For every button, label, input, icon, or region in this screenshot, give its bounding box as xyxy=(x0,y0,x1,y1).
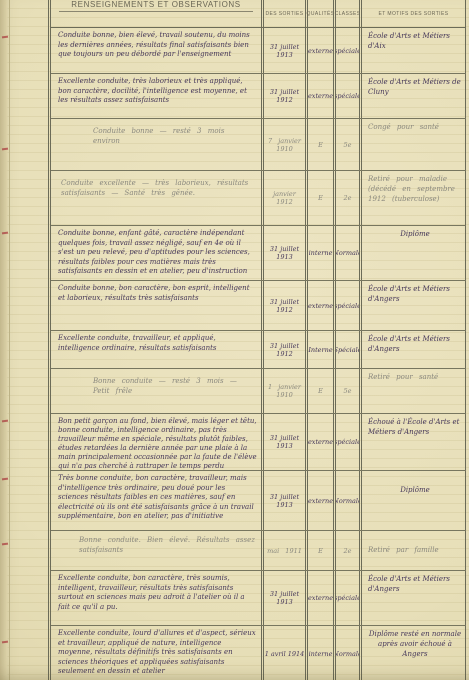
classe-cell: 5e xyxy=(333,119,359,170)
date-sortie-cell: 31 juillet 1913 xyxy=(261,226,305,280)
date-sortie-cell: 31 juillet 1913 xyxy=(261,414,305,470)
header-dates-sorties: DES SORTIES xyxy=(261,0,305,27)
table-row: Conduite excellente — très laborieux, ré… xyxy=(51,171,466,226)
qualite-cell: externe xyxy=(305,281,333,330)
classe-cell: Spéciale xyxy=(333,331,359,368)
observations-cell: Excellente conduite, travailleur, et app… xyxy=(51,331,261,368)
observations-cell: Conduite bonne, enfant gâté, caractère i… xyxy=(51,226,261,280)
date-sortie-cell: 31 juillet 1913 xyxy=(261,571,305,625)
qualite-cell: interne xyxy=(305,626,333,680)
table-row: Conduite bonne, enfant gâté, caractère i… xyxy=(51,226,466,281)
motif-sortie-cell: Congé pour santé xyxy=(359,119,466,170)
date-sortie-cell: 31 juillet 1912 xyxy=(261,281,305,330)
motif-sortie-cell: Diplôme xyxy=(359,226,466,280)
observations-cell: Conduite excellente — très laborieux, ré… xyxy=(51,171,261,225)
qualite-cell: externe xyxy=(305,74,333,118)
date-sortie-cell: janvier 1912 xyxy=(261,171,305,225)
observations-cell: Bonne conduite. Bien élevé. Résultats as… xyxy=(51,531,261,570)
table-row: Bon petit garçon au fond, bien élevé, ma… xyxy=(51,414,466,471)
header-observations: RENSEIGNEMENTS ET OBSERVATIONS xyxy=(51,0,261,27)
table-row: Conduite bonne, bon caractère, bon espri… xyxy=(51,281,466,331)
classe-cell: Normale xyxy=(333,626,359,680)
qualite-cell: E xyxy=(305,119,333,170)
classe-cell: 5e xyxy=(333,369,359,413)
observations-cell: Conduite bonne — resté 3 mois environ xyxy=(51,119,261,170)
qualite-cell: externe xyxy=(305,571,333,625)
qualite-cell: externe xyxy=(305,471,333,530)
table-header-row: RENSEIGNEMENTS ET OBSERVATIONS DES SORTI… xyxy=(51,0,466,28)
date-sortie-cell: 1 janvier 1910 xyxy=(261,369,305,413)
date-sortie-cell: 31 juillet 1913 xyxy=(261,471,305,530)
header-classes: CLASSES xyxy=(333,0,359,27)
table-row: Bonne conduite. Bien élevé. Résultats as… xyxy=(51,531,466,571)
date-sortie-cell: 7 janvier 1910 xyxy=(261,119,305,170)
motif-sortie-cell: École d'Arts et Métiers de Cluny xyxy=(359,74,466,118)
motif-sortie-cell: Retiré par famille xyxy=(359,531,466,570)
classe-cell: spéciale xyxy=(333,74,359,118)
table-row: Conduite bonne — resté 3 mois environ 7 … xyxy=(51,119,466,171)
table-row: Conduite bonne, bien élevé, travail sout… xyxy=(51,28,466,74)
classe-cell: spéciale xyxy=(333,281,359,330)
date-sortie-cell: 31 juillet 1912 xyxy=(261,331,305,368)
classe-cell: spéciale xyxy=(333,414,359,470)
classe-cell: 2e xyxy=(333,171,359,225)
motif-sortie-cell: École d'Arts et Métiers d'Angers xyxy=(359,331,466,368)
motif-sortie-cell: Diplôme xyxy=(359,471,466,530)
table-row: Excellente conduite, très laborieux et t… xyxy=(51,74,466,119)
motif-sortie-cell: École d'Arts et Métiers d'Angers xyxy=(359,281,466,330)
table-row: Excellente conduite, lourd d'allures et … xyxy=(51,626,466,680)
observations-cell: Conduite bonne, bien élevé, travail sout… xyxy=(51,28,261,73)
qualite-cell: E xyxy=(305,531,333,570)
observations-cell: Excellente conduite, très laborieux et t… xyxy=(51,74,261,118)
observations-cell: Excellente conduite, bon caractère, très… xyxy=(51,571,261,625)
qualite-cell: externe xyxy=(305,414,333,470)
observations-cell: Conduite bonne, bon caractère, bon espri… xyxy=(51,281,261,330)
motif-sortie-cell: Retiré pour santé xyxy=(359,369,466,413)
motif-sortie-cell: École d'Arts et Métiers d'Aix xyxy=(359,28,466,73)
observations-cell: Très bonne conduite, bon caractère, trav… xyxy=(51,471,261,530)
table-row: Excellente conduite, bon caractère, très… xyxy=(51,571,466,626)
header-qualites: QUALITÉS xyxy=(305,0,333,27)
date-sortie-cell: mai 1911 xyxy=(261,531,305,570)
binding-edge xyxy=(0,0,10,680)
classe-cell: 2e xyxy=(333,531,359,570)
table-row: Bonne conduite — resté 3 mois — Petit fr… xyxy=(51,369,466,414)
motif-sortie-cell: Retiré pour maladie (décédé en septembre… xyxy=(359,171,466,225)
date-sortie-cell: 1 avril 1914 xyxy=(261,626,305,680)
date-sortie-cell: 31 juillet 1913 xyxy=(261,28,305,73)
header-motifs-sorties: ET MOTIFS DES SORTIES xyxy=(359,0,466,27)
table-row: Très bonne conduite, bon caractère, trav… xyxy=(51,471,466,531)
register-table: RENSEIGNEMENTS ET OBSERVATIONS DES SORTI… xyxy=(48,0,466,680)
motif-sortie-cell: École d'Arts et Métiers d'Angers xyxy=(359,571,466,625)
classe-cell: spéciale xyxy=(333,571,359,625)
qualite-cell: externe xyxy=(305,28,333,73)
table-row: Excellente conduite, travailleur, et app… xyxy=(51,331,466,369)
motif-sortie-cell: Échoué à l'École d'Arts et Métiers d'Ang… xyxy=(359,414,466,470)
observations-cell: Bonne conduite — resté 3 mois — Petit fr… xyxy=(51,369,261,413)
qualite-cell: interne xyxy=(305,226,333,280)
observations-cell: Excellente conduite, lourd d'allures et … xyxy=(51,626,261,680)
qualite-cell: Interne xyxy=(305,331,333,368)
qualite-cell: E xyxy=(305,369,333,413)
observations-cell: Bon petit garçon au fond, bien élevé, ma… xyxy=(51,414,261,470)
header-observations-label: RENSEIGNEMENTS ET OBSERVATIONS xyxy=(71,0,240,9)
classe-cell: Normale xyxy=(333,226,359,280)
motif-sortie-cell: Diplôme resté en normale après avoir éch… xyxy=(359,626,466,680)
classe-cell: spéciale xyxy=(333,28,359,73)
date-sortie-cell: 31 juillet 1912 xyxy=(261,74,305,118)
classe-cell: Normale xyxy=(333,471,359,530)
qualite-cell: E xyxy=(305,171,333,225)
header-underline xyxy=(59,11,253,12)
